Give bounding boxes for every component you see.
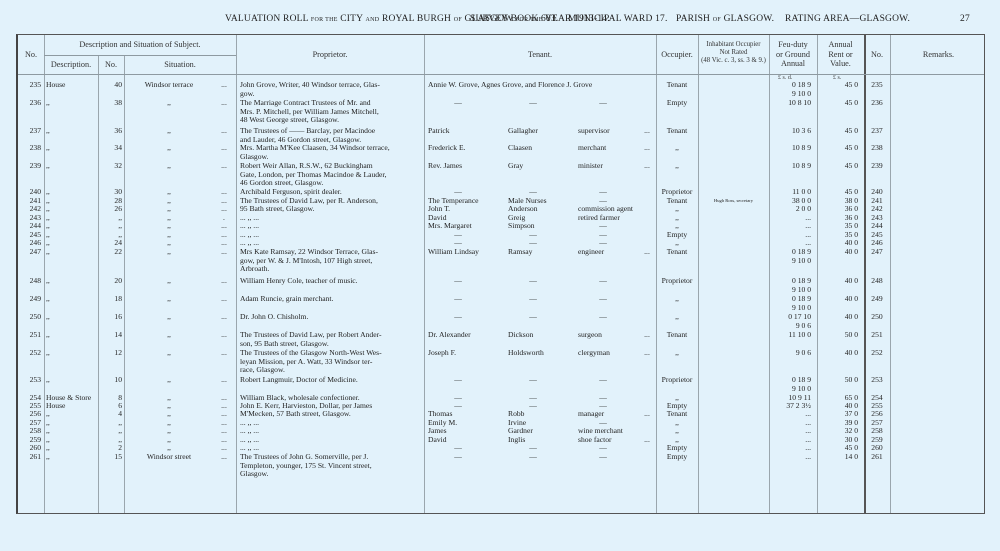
row-proprietor: Mrs Kate Ramsay, 22 Windsor Terrace, Gla…	[240, 248, 424, 274]
row-tenant-occupation: surgeon	[578, 331, 642, 340]
row-proprietor: The Trustees of the Glasgow North-West W…	[240, 349, 424, 375]
row-dots: ...	[214, 81, 234, 90]
row-occupier: ,,	[656, 313, 698, 322]
row-description: ,,	[46, 453, 98, 462]
row-occupier: ,,	[656, 349, 698, 358]
row-dots: ...	[214, 295, 234, 304]
row-proprietor: The Marriage Contract Trustees of Mr. an…	[240, 99, 424, 125]
row-description: ,,	[46, 331, 98, 340]
header-no-right: No.	[864, 50, 890, 60]
header-description: Description.	[44, 60, 98, 70]
row-occupier: ,,	[656, 162, 698, 171]
row-dots: ...	[214, 127, 234, 136]
row-situation: ,,	[124, 331, 214, 340]
row-occupier: Tenant	[656, 248, 698, 257]
row-situation: ,,	[124, 295, 214, 304]
row-situation: ,,	[124, 162, 214, 171]
row-feu-duty: 9 0 6	[771, 349, 811, 358]
row-dots: ...	[214, 248, 234, 257]
row-proprietor: William Henry Cole, teacher of music.	[240, 277, 424, 286]
row-feu-duty: ...	[771, 453, 811, 462]
row-street-number: 34	[98, 144, 122, 153]
row-feu-duty: 10 8 9	[771, 162, 811, 171]
row-tenant-occupation: —	[578, 295, 628, 304]
row-number-right: 237	[864, 127, 890, 136]
row-feu-duty: 11 10 0	[771, 331, 811, 340]
row-situation: ,,	[124, 144, 214, 153]
row-tenant-dots: ...	[640, 331, 654, 340]
row-dots: ...	[214, 162, 234, 171]
col-line	[769, 35, 770, 513]
row-situation: ,,	[124, 349, 214, 358]
row-tenant-first: —	[428, 295, 488, 304]
row-tenant-dots: ...	[640, 248, 654, 257]
row-annual-rent: 50 0	[818, 376, 858, 385]
row-annual-rent: 45 0	[818, 144, 858, 153]
row-tenant-surname: Gallagher	[508, 127, 578, 136]
title-survey-book: SURVEY BOOK 603.	[470, 14, 558, 24]
row-number-right: 253	[864, 376, 890, 385]
row-annual-rent: 45 0	[818, 127, 858, 136]
row-dots: ...	[214, 277, 234, 286]
row-annual-rent: 14 0	[818, 453, 858, 462]
row-description: ,,	[46, 222, 98, 231]
row-tenant-first: —	[428, 99, 488, 108]
row-proprietor: The Trustees of —— Barclay, per Macindoe…	[240, 127, 424, 144]
row-occupier: ,,	[656, 295, 698, 304]
row-street-number: 36	[98, 127, 122, 136]
row-annual-rent: 40 0	[818, 313, 858, 322]
col-line	[424, 35, 425, 513]
row-number-right: 250	[864, 313, 890, 322]
row-tenant-surname: —	[508, 99, 558, 108]
row-feu-duty: 0 18 9 9 10 0	[771, 81, 811, 98]
row-proprietor: ... ,, ...	[240, 222, 424, 231]
row-proprietor: ... ,, ...	[240, 427, 424, 436]
row-street-number: 18	[98, 295, 122, 304]
row-tenant-surname: Claasen	[508, 144, 578, 153]
row-situation: ,,	[124, 313, 214, 322]
row-number: 253	[18, 376, 41, 385]
row-tenant-occupation: —	[578, 277, 628, 286]
row-situation: Windsor street	[124, 453, 214, 462]
row-tenant-surname: Holdsworth	[508, 349, 578, 358]
col-line	[698, 35, 699, 513]
row-tenant-surname: Gray	[508, 162, 578, 171]
row-tenant-dots: ...	[640, 436, 654, 445]
header-occupier: Occupier.	[656, 50, 698, 60]
row-number: 249	[18, 295, 41, 304]
row-tenant-occupation: —	[578, 376, 628, 385]
row-situation: ,,	[124, 127, 214, 136]
row-occupier: Empty	[656, 453, 698, 462]
row-proprietor: Robert Weir Allan, R.S.W., 62 Buckingham…	[240, 162, 424, 188]
row-feu-duty: 10 3 6	[771, 127, 811, 136]
row-occupier: ,,	[656, 144, 698, 153]
row-tenant-surname: —	[508, 313, 558, 322]
row-number: 251	[18, 331, 41, 340]
row-street-number: 10	[98, 376, 122, 385]
row-situation: ,,	[124, 277, 214, 286]
row-proprietor: John Grove, Writer, 40 Windsor terrace, …	[240, 81, 424, 98]
row-tenant-surname: Ramsay	[508, 248, 578, 257]
row-tenant-surname: Dickson	[508, 331, 578, 340]
row-proprietor: 95 Bath street, Glasgow.	[240, 205, 424, 214]
row-description: ,,	[46, 410, 98, 419]
row-street-number: 22	[98, 248, 122, 257]
row-tenant-occupation: Florence J. Grove	[538, 81, 602, 90]
row-description: ,,	[46, 313, 98, 322]
row-tenant-dots: ...	[640, 127, 654, 136]
row-number: 247	[18, 248, 41, 257]
row-dots: ...	[214, 99, 234, 108]
row-inhabitant: Hugh Ross, secretary	[698, 197, 769, 206]
header-tenant: Tenant.	[424, 50, 656, 60]
row-number: 248	[18, 277, 41, 286]
row-tenant-dots: ...	[640, 349, 654, 358]
row-description: ,,	[46, 144, 98, 153]
title-rating-area: RATING AREA—GLASGOW.	[785, 14, 910, 24]
row-dots: ...	[214, 313, 234, 322]
header-proprietor: Proprietor.	[236, 50, 424, 60]
row-number-right: 251	[864, 331, 890, 340]
row-number-right: 238	[864, 144, 890, 153]
row-annual-rent: 40 0	[818, 277, 858, 286]
row-dots: ...	[214, 331, 234, 340]
row-occupier: Empty	[656, 99, 698, 108]
row-number: 239	[18, 162, 41, 171]
row-tenant-surname: —	[508, 453, 558, 462]
row-tenant-first: Mrs. Margaret	[428, 222, 508, 231]
header-situation: Situation.	[124, 60, 236, 70]
row-annual-rent: 40 0	[818, 248, 858, 257]
row-feu-duty: 10 8 9	[771, 144, 811, 153]
row-number-right: 236	[864, 99, 890, 108]
row-description: ,,	[46, 349, 98, 358]
row-tenant-occupation: —	[578, 99, 628, 108]
row-annual-rent: 40 0	[818, 349, 858, 358]
title-parish: PARISH OF GLASGOW.	[676, 14, 774, 24]
row-tenant-first: Frederick E.	[428, 144, 508, 153]
row-tenant-occupation: —	[578, 313, 628, 322]
row-tenant-first: —	[428, 453, 488, 462]
header-remarks: Remarks.	[890, 50, 987, 60]
row-tenant-first: —	[428, 277, 488, 286]
row-feu-duty: 0 18 9 9 10 0	[771, 277, 811, 294]
row-description: ,,	[46, 427, 98, 436]
row-description: House	[46, 81, 98, 90]
header-divider	[44, 55, 236, 56]
col-line	[44, 35, 45, 513]
row-number-right: 249	[864, 295, 890, 304]
row-description: ,,	[46, 248, 98, 257]
row-tenant-first: Rev. James	[428, 162, 508, 171]
row-description: ,,	[46, 205, 98, 214]
row-tenant-surname: Simpson	[508, 222, 578, 231]
row-proprietor: Robert Langmuir, Doctor of Medicine.	[240, 376, 424, 385]
row-number-right: 235	[864, 81, 890, 90]
row-tenant-first: William Lindsay	[428, 248, 508, 257]
row-street-number: 14	[98, 331, 122, 340]
row-number-right: 252	[864, 349, 890, 358]
row-dots: ...	[214, 453, 234, 462]
row-street-number: 20	[98, 277, 122, 286]
col-line	[890, 35, 891, 513]
row-occupier: Proprietor	[656, 277, 698, 286]
row-description: ,,	[46, 277, 98, 286]
row-tenant-first: Joseph F.	[428, 349, 508, 358]
row-description: ,,	[46, 127, 98, 136]
row-number: 236	[18, 99, 41, 108]
row-street-number: 38	[98, 99, 122, 108]
row-number: 252	[18, 349, 41, 358]
row-situation: ,,	[124, 99, 214, 108]
row-tenant-first: Patrick	[428, 127, 508, 136]
row-feu-duty: 0 18 9 9 10 0	[771, 376, 811, 393]
row-proprietor: The Trustees of John G. Somerville, per …	[240, 453, 424, 479]
row-tenant-occupation: manager	[578, 410, 642, 419]
row-tenant-first: —	[428, 313, 488, 322]
row-tenant-surname: —	[508, 277, 558, 286]
row-number: 250	[18, 313, 41, 322]
row-annual-rent: 50 0	[818, 331, 858, 340]
row-occupier: Proprietor	[656, 376, 698, 385]
row-dots: ...	[214, 144, 234, 153]
row-description: ,,	[46, 188, 98, 197]
row-street-number: 15	[98, 453, 122, 462]
row-situation: ,,	[124, 248, 214, 257]
row-tenant-occupation: supervisor	[578, 127, 642, 136]
row-dots: ...	[214, 376, 234, 385]
row-occupier: Tenant	[656, 81, 698, 90]
row-number: 261	[18, 453, 41, 462]
header-no: No.	[18, 50, 44, 60]
row-feu-duty: 0 18 9 9 10 0	[771, 295, 811, 312]
row-proprietor: M'Mecken, 57 Bath street, Glasgow.	[240, 410, 424, 419]
row-description: ,,	[46, 239, 98, 248]
row-tenant-occupation: merchant	[578, 144, 642, 153]
row-occupier: Tenant	[656, 331, 698, 340]
row-tenant-surname: —	[508, 376, 558, 385]
row-tenant-surname: —	[508, 295, 558, 304]
row-annual-rent: 45 0	[818, 162, 858, 171]
row-dots: ...	[214, 349, 234, 358]
col-line	[236, 35, 237, 513]
header-desc-group: Description and Situation of Subject.	[44, 40, 236, 50]
page-number: 27	[960, 14, 970, 24]
row-occupier: Tenant	[656, 127, 698, 136]
title-ward: MUNICIPAL WARD 17.	[568, 14, 668, 24]
row-feu-duty: 0 17 10 9 0 6	[771, 313, 811, 330]
row-proprietor: Adam Runcie, grain merchant.	[240, 295, 424, 304]
row-number: 238	[18, 144, 41, 153]
row-street-number: 12	[98, 349, 122, 358]
header-annual-rent: Annual Rent or Value.	[817, 40, 864, 69]
row-number-right: 261	[864, 453, 890, 462]
row-number-right: 247	[864, 248, 890, 257]
row-annual-rent: 40 0	[818, 295, 858, 304]
header-feu-duty: Feu-duty or Ground Annual	[769, 40, 817, 69]
row-tenant-first: Dr. Alexander	[428, 331, 508, 340]
row-street-number: 16	[98, 313, 122, 322]
row-feu-duty: 0 18 9 9 10 0	[771, 248, 811, 265]
row-tenant-dots: ...	[640, 410, 654, 419]
row-number: 237	[18, 127, 41, 136]
row-street-number: 32	[98, 162, 122, 171]
row-tenant-dots: ...	[640, 144, 654, 153]
row-proprietor: Mrs. Martha M'Kee Claasen, 34 Windsor te…	[240, 144, 424, 161]
row-description: ,,	[46, 162, 98, 171]
row-feu-duty: 10 8 10	[771, 99, 811, 108]
header-sub-no: No.	[98, 60, 124, 70]
row-number: 235	[18, 81, 41, 90]
row-proprietor: The Trustees of David Law, per Robert An…	[240, 331, 424, 348]
header-inhabitant: Inhabitant Occupier Not Rated (48 Vic. c…	[698, 41, 769, 65]
row-tenant-dots: ...	[640, 162, 654, 171]
row-situation: Windsor terrace	[124, 81, 214, 90]
row-annual-rent: 45 0	[818, 99, 858, 108]
row-description: ,,	[46, 376, 98, 385]
row-description: ,,	[46, 444, 98, 453]
row-tenant-occupation: clergyman	[578, 349, 642, 358]
row-tenant-occupation: —	[578, 453, 628, 462]
row-tenant-occupation: engineer	[578, 248, 642, 257]
row-proprietor: Dr. John O. Chisholm.	[240, 313, 424, 322]
row-number-right: 248	[864, 277, 890, 286]
row-tenant-occupation: minister	[578, 162, 642, 171]
row-tenant-first: —	[428, 376, 488, 385]
row-description: ,,	[46, 295, 98, 304]
row-description: ,,	[46, 99, 98, 108]
row-annual-rent: 45 0	[818, 81, 858, 90]
valuation-table: No. Description and Situation of Subject…	[16, 34, 985, 514]
row-street-number: 40	[98, 81, 122, 90]
row-situation: ,,	[124, 376, 214, 385]
row-number-right: 239	[864, 162, 890, 171]
